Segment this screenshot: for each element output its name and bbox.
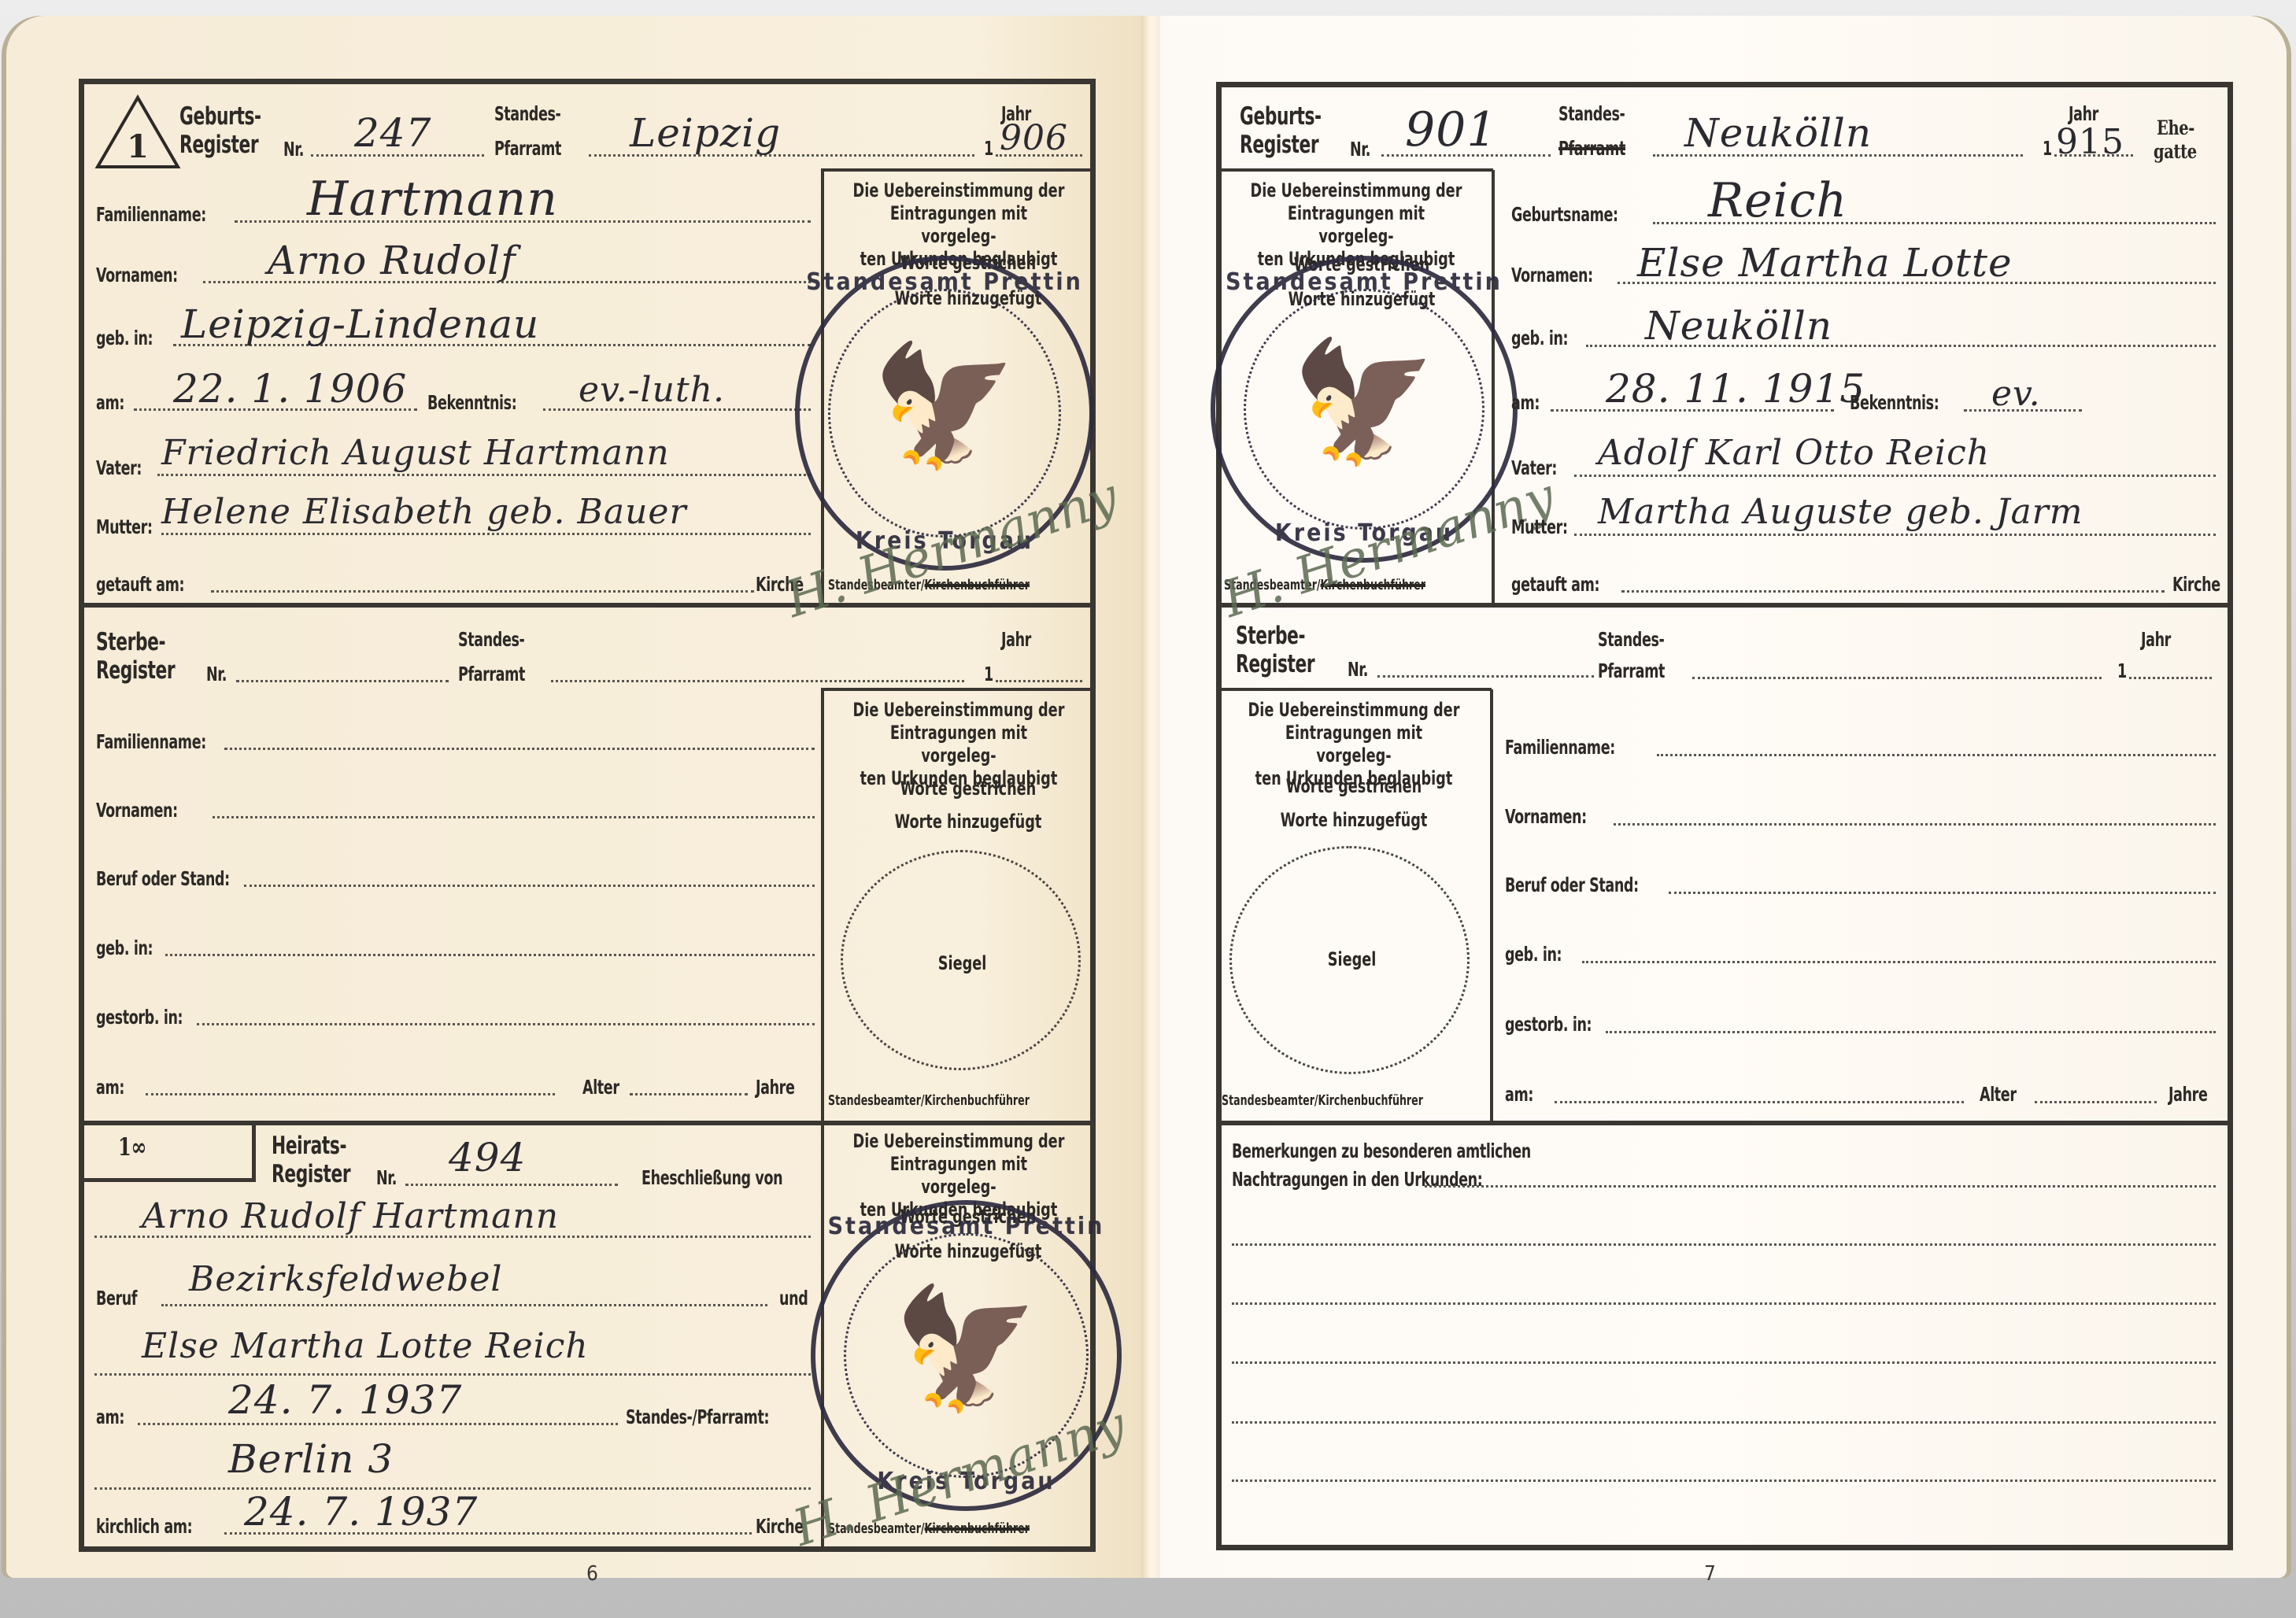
kirchlich-label: kirchlich am: [96,1515,192,1538]
vornamen-label: Vornamen: [96,799,178,822]
dotted-line [996,680,1082,682]
dotted-line [2035,1101,2157,1103]
am-label: am: [96,391,124,414]
eagle-emblem-icon: 🦅 [871,347,1019,465]
office-label: Standes- [1598,628,1664,651]
mutter-label: Mutter: [1511,515,1568,538]
eagle-emblem-icon: 🦅 [893,1290,1040,1408]
register-label: Register [96,656,175,685]
geburtsname-value: Reich [1708,173,1847,228]
register-label: Register [1240,131,1318,159]
bekenntnis-label: Bekenntnis: [1850,391,1939,414]
birth-office-value: Neukölln [1684,110,1872,156]
dotted-line [1582,961,2216,963]
spouse-label: gatte [2154,140,2197,163]
added-words-label: Worte hinzugefügt [1263,809,1444,832]
struck-words-label: Worte gestrichen [1263,775,1444,798]
office-label: Standes- [494,102,560,125]
seal-label: Siegel [1328,948,1377,970]
dotted-line [213,816,815,818]
dotted-line [236,680,449,682]
nr-label: Nr. [1348,658,1368,681]
nr-label: Nr. [1350,138,1370,161]
office-label: Standes- [458,628,524,651]
divider [1216,603,2233,608]
dotted-line [244,885,815,887]
verification-box-border [1490,689,1493,1122]
year-prefix: 1 [984,663,993,685]
verification-box-border [1216,688,1492,691]
geb-in-value: Leipzig-Lindenau [181,301,539,347]
verification-box-border [821,689,824,1122]
dotted-line [1574,534,2216,536]
nr-label: Nr. [206,663,227,685]
year-prefix: 1 [2117,659,2127,682]
signature-role-label: Standesbeamter/Kirchenbuchführer [1222,1092,1423,1109]
jahre-label: Jahre [756,1076,794,1099]
divider [1216,1121,2233,1125]
dotted-line [161,533,811,535]
dotted-line [1606,1031,2216,1033]
remarks-line [1232,1243,2216,1246]
bekenntnis-value: ev.-luth. [579,370,725,410]
year-label: Jahr [2141,628,2171,651]
year-prefix: 1 [984,137,993,160]
remarks-line [1232,1361,2216,1364]
dotted-line [1425,1185,2216,1188]
familienname-label: Familienname: [96,203,206,226]
dotted-line [161,1304,767,1306]
spouse-label: Ehe- [2157,116,2194,139]
nr-label: Nr. [283,138,304,161]
dotted-line [1574,475,2216,477]
beruf-label: Beruf oder Stand: [96,867,230,890]
eagle-emblem-icon: 🦅 [1291,343,1438,461]
verification-text: Die Uebereinstimmung der Eintragungen mi… [850,699,1067,790]
dotted-line [1377,675,1594,678]
divider [79,603,1096,608]
dotted-line [165,954,815,956]
office-label: Pfarramt [458,663,525,685]
vater-value: Friedrich August Hartmann [161,433,670,473]
marriage-register-number: 494 [449,1135,526,1180]
am-label: am: [1511,391,1540,414]
seal-label: Siegel [938,952,987,974]
geburtsname-label: Geburtsname: [1511,203,1618,226]
am-label: am: [96,1076,124,1099]
remarks-line [1232,1302,2216,1305]
dotted-line [2129,677,2212,679]
dotted-line [1669,892,2216,894]
register-label: Geburts- [1240,102,1322,131]
groom-name-value: Arno Rudolf Hartmann [142,1196,559,1236]
geb-in-label: geb. in: [96,327,153,349]
marriage-rings-icon: 1∞ [118,1133,146,1162]
geb-in-label: geb. in: [1505,943,1562,966]
dotted-line [551,680,964,682]
remarks-line [1232,1421,2216,1424]
bekenntnis-value: ev. [1991,374,2041,414]
signature-role-label: Standesbeamter/Kirchenbuchführer [828,1092,1030,1109]
office-label: Pfarramt [494,137,561,160]
eheschliessung-label: Eheschließung von [641,1166,782,1189]
register-label: Sterbe- [1236,622,1305,650]
familienname-label: Familienname: [96,730,206,753]
year-label: Jahr [1001,628,1031,651]
gestorb-label: gestorb. in: [1505,1013,1592,1036]
nr-label: Nr. [376,1166,397,1189]
dotted-line [1692,677,2102,679]
getauft-label: getauft am: [96,573,184,596]
bride-name-value: Else Martha Lotte Reich [142,1326,589,1366]
birth-year-value: 906 [1000,118,1068,158]
dotted-line [1555,1101,1964,1103]
remarks-label: Bemerkungen zu besonderen amtlichen [1232,1140,1531,1162]
dotted-line [630,1093,748,1095]
verification-box-border [821,688,1096,691]
svg-text:1: 1 [127,128,149,165]
verification-box-border [1216,168,1493,172]
dotted-line [197,1023,815,1025]
dotted-line [1614,823,2216,826]
birth-register-number: 901 [1405,102,1498,157]
am-label: am: [96,1406,124,1428]
office-label: Pfarramt [1558,137,1625,160]
added-words-label: Worte hinzugefügt [878,811,1059,833]
birth-year-value: 915 [2056,122,2124,162]
geb-in-label: geb. in: [1511,327,1568,349]
geb-in-label: geb. in: [96,936,153,959]
vornamen-label: Vornamen: [96,264,178,286]
geb-in-value: Neukölln [1645,303,1832,349]
office-label: Pfarramt [1598,659,1665,682]
kirche-label: Kirche [2172,573,2220,596]
marriage-office-value: Berlin 3 [228,1436,394,1482]
dotted-line [138,1423,618,1425]
getauft-label: getauft am: [1511,573,1599,596]
dotted-line [405,1184,618,1186]
dotted-line [146,1093,555,1095]
triangle-one-icon: 1 [94,94,181,169]
am-label: am: [1505,1083,1533,1106]
mutter-value: Martha Auguste geb. Jarm [1598,492,2083,532]
register-label: Register [1236,650,1314,678]
remarks-line [1232,1479,2216,1482]
familienname-value: Hartmann [307,172,558,227]
dotted-line [1657,754,2216,756]
vater-label: Vater: [1511,456,1557,479]
verification-box-border [821,168,1096,172]
dotted-line [94,1373,811,1376]
register-label: Heirats- [272,1132,346,1160]
page-number: 6 [586,1562,598,1586]
birth-register-number: 247 [354,110,431,156]
page-number: 7 [1704,1562,1716,1586]
jahre-label: Jahre [2168,1083,2207,1106]
church-date-value: 24. 7. 1937 [244,1489,478,1535]
mutter-label: Mutter: [96,515,153,538]
alter-label: Alter [582,1076,619,1099]
marriage-icon-box [79,1121,256,1182]
struck-words-label: Worte gestrichen [878,778,1059,800]
groom-profession-value: Bezirksfeldwebel [189,1259,502,1299]
register-label: Geburts- [179,102,261,131]
bekenntnis-label: Bekenntnis: [427,391,516,414]
dotted-line [157,474,811,476]
vater-label: Vater: [96,456,142,479]
beruf-label: Beruf [96,1287,137,1310]
gestorb-label: gestorb. in: [96,1006,183,1029]
vornamen-value: Arno Rudolf [268,238,516,283]
vater-value: Adolf Karl Otto Reich [1598,433,1990,473]
office-label: Standes- [1558,102,1625,125]
und-label: und [779,1287,808,1310]
mutter-value: Helene Elisabeth geb. Bauer [161,492,687,532]
dotted-line [211,590,754,593]
vornamen-label: Vornamen: [1511,264,1593,286]
register-label: Register [272,1160,350,1188]
dotted-line [1621,590,2165,593]
register-label: Register [179,131,258,159]
alter-label: Alter [1980,1083,2017,1106]
dotted-line [224,748,815,750]
beruf-label: Beruf oder Stand: [1505,874,1639,896]
register-label: Sterbe- [96,628,165,656]
birth-office-value: Leipzig [630,110,781,156]
standes-pfarramt-label: Standes-/Pfarramt: [626,1406,769,1428]
vornamen-label: Vornamen: [1505,805,1587,828]
birth-date-value: 28. 11. 1915 [1606,366,1865,412]
book-gutter [1141,16,1160,1578]
vornamen-value: Else Martha Lotte [1637,240,2013,286]
birth-date-value: 22. 1. 1906 [173,366,407,412]
marriage-date-value: 24. 7. 1937 [228,1377,462,1423]
familienname-label: Familienname: [1505,736,1615,759]
year-prefix: 1 [2043,137,2052,160]
